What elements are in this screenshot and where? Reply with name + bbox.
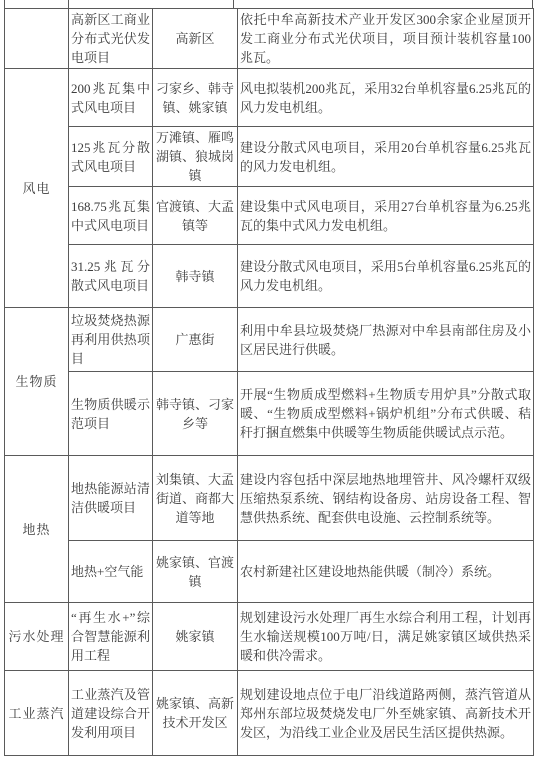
table-row-pv-project: 高新区工商业分布式光伏发电项目 高新区 依托中牟高新技术产业开发区300余家企业… — [5, 9, 534, 69]
description-cell: 开展“生物质成型燃料+生物质专用炉具”分散式取暖、“生物质成型燃料+锅炉机组”分… — [238, 372, 534, 456]
description-cell: 农村新建社区建设地热能供暖（制冷）系统。 — [238, 541, 534, 603]
category-cell — [5, 9, 69, 69]
table-row-geothermal-station: 地热 地热能源站清洁供暖项目 刘集镇、大孟街道、商都大道等地 建设内容包括中深层… — [5, 456, 534, 541]
project-cell: 125兆瓦分散式风电项目 — [69, 127, 153, 187]
table-row-reclaimed-water: 污水处理 “再生水+”综合智慧能源利用工程 姚家镇 规划建设污水处理厂再生水综合… — [5, 603, 534, 671]
location-cell: 刁家乡、韩寺镇、姚家镇 — [153, 69, 238, 127]
category-cell-geothermal: 地热 — [5, 456, 69, 603]
location-cell: 高新区 — [153, 9, 238, 69]
project-cell: 168.75兆瓦集中式风电项目 — [69, 187, 153, 245]
project-cell: 高新区工商业分布式光伏发电项目 — [69, 9, 153, 69]
project-cell: 垃圾焚烧热源再利用供热项目 — [69, 308, 153, 372]
location-cell: 姚家镇、高新技术开发区 — [153, 671, 238, 756]
description-cell: 建设分散式风电项目，采用20台单机容量6.25兆瓦的风力发电机组。 — [238, 127, 534, 187]
table-row-waste-heat: 生物质 垃圾焚烧热源再利用供热项目 广惠街 利用中牟县垃圾焚烧厂热源对中牟县南部… — [5, 308, 534, 372]
location-cell: 韩寺镇 — [153, 245, 238, 308]
table-row-industrial-steam: 工业蒸汽 工业蒸汽及管道建设综合开发利用项目 姚家镇、高新技术开发区 规划建设地… — [5, 671, 534, 756]
project-cell: 31.25兆瓦分散式风电项目 — [69, 245, 153, 308]
project-cell: “再生水+”综合智慧能源利用工程 — [69, 603, 153, 671]
energy-projects-table: 高新区工商业分布式光伏发电项目 高新区 依托中牟高新技术产业开发区300余家企业… — [4, 8, 534, 756]
description-cell: 规划建设污水处理厂再生水综合利用工程，计划再生水输送规模100万吨/日，满足姚家… — [238, 603, 534, 671]
location-cell: 姚家镇、官渡镇 — [153, 541, 238, 603]
project-cell: 地热+空气能 — [69, 541, 153, 603]
table-row-geothermal-air: 地热+空气能 姚家镇、官渡镇 农村新建社区建设地热能供暖（制冷）系统。 — [5, 541, 534, 603]
table-row-wind-168mw: 168.75兆瓦集中式风电项目 官渡镇、大孟镇等 建设集中式风电项目，采用27台… — [5, 187, 534, 245]
project-cell: 200兆瓦集中式风电项目 — [69, 69, 153, 127]
description-cell: 风电拟装机200兆瓦，采用32台单机容量6.25兆瓦的风力发电机组。 — [238, 69, 534, 127]
project-cell: 工业蒸汽及管道建设综合开发利用项目 — [69, 671, 153, 756]
description-cell: 建设分散式风电项目，采用5台单机容量6.25兆瓦的风力发电机组。 — [238, 245, 534, 308]
description-cell: 利用中牟县垃圾焚烧厂热源对中牟县南部住房及小区居民进行供暖。 — [238, 308, 534, 372]
category-cell-biomass: 生物质 — [5, 308, 69, 456]
description-cell: 依托中牟高新技术产业开发区300余家企业屋顶开发工商业分布式光伏项目，项目预计装… — [238, 9, 534, 69]
table-row-biomass-heating: 生物质供暖示范项目 韩寺镇、刁家乡等 开展“生物质成型燃料+生物质专用炉具”分散… — [5, 372, 534, 456]
location-cell: 刘集镇、大孟街道、商都大道等地 — [153, 456, 238, 541]
project-cell: 生物质供暖示范项目 — [69, 372, 153, 456]
description-cell: 规划建设地点位于电厂沿线道路两侧，蒸汽管道从郑州东部垃圾焚烧发电厂外至姚家镇、高… — [238, 671, 534, 756]
category-cell-sewage: 污水处理 — [5, 603, 69, 671]
location-cell: 韩寺镇、刁家乡等 — [153, 372, 238, 456]
category-cell-steam: 工业蒸汽 — [5, 671, 69, 756]
description-cell: 建设内容包括中深层地热地埋管井、风冷螺杆双级压缩热泵系统、钢结构设备房、站房设备… — [238, 456, 534, 541]
table-row-wind-200mw: 风电 200兆瓦集中式风电项目 刁家乡、韩寺镇、姚家镇 风电拟装机200兆瓦，采… — [5, 69, 534, 127]
project-cell: 地热能源站清洁供暖项目 — [69, 456, 153, 541]
table-row-wind-31mw: 31.25兆瓦分散式风电项目 韩寺镇 建设分散式风电项目，采用5台单机容量6.2… — [5, 245, 534, 308]
table-row-wind-125mw: 125兆瓦分散式风电项目 万滩镇、雁鸣湖镇、狼城岗镇 建设分散式风电项目，采用2… — [5, 127, 534, 187]
location-cell: 官渡镇、大孟镇等 — [153, 187, 238, 245]
location-cell: 姚家镇 — [153, 603, 238, 671]
document-page: 高新区工商业分布式光伏发电项目 高新区 依托中牟高新技术产业开发区300余家企业… — [0, 0, 537, 758]
location-cell: 广惠街 — [153, 308, 238, 372]
category-cell-wind: 风电 — [5, 69, 69, 308]
description-cell: 建设集中式风电项目，采用27台单机容量为6.25兆瓦的集中式风力发电机组。 — [238, 187, 534, 245]
location-cell: 万滩镇、雁鸣湖镇、狼城岗镇 — [153, 127, 238, 187]
